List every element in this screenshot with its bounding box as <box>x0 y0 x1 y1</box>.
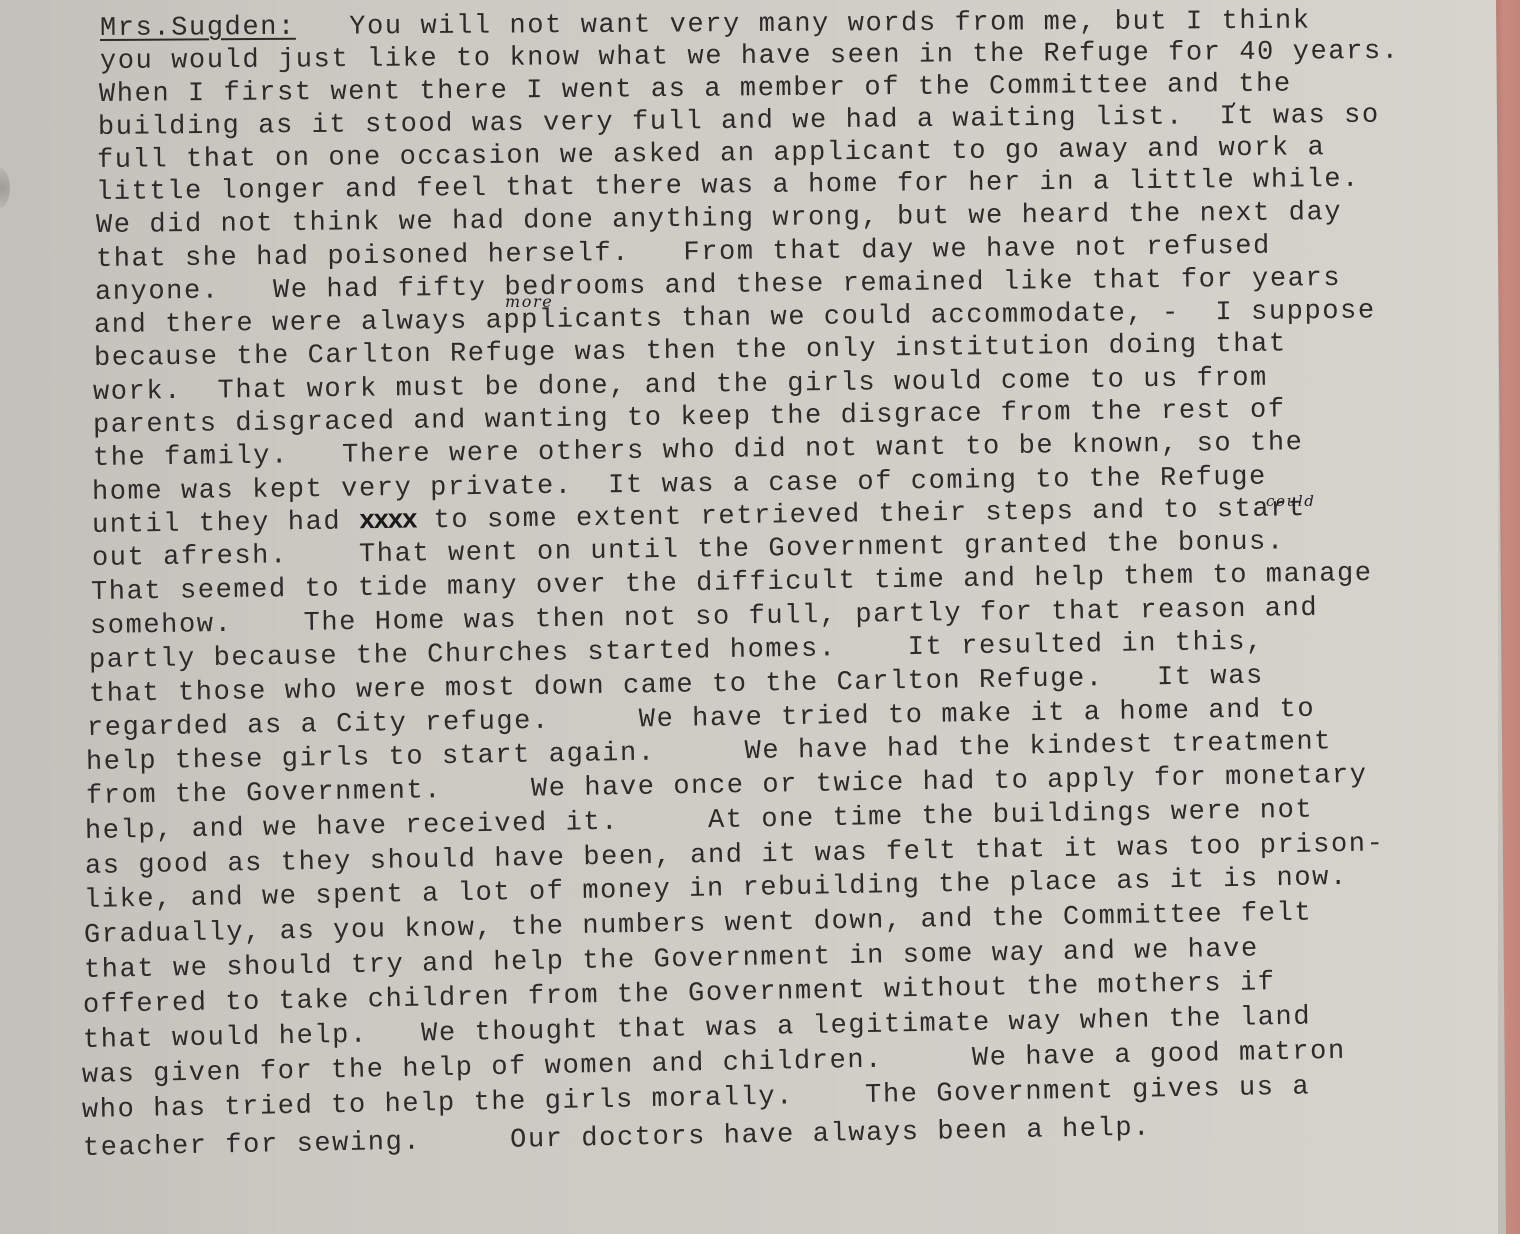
speaker-label: Mrs.Sugden: <box>100 13 296 44</box>
punch-hole <box>0 168 10 208</box>
handwritten-insert-more: more <box>505 292 553 311</box>
handwritten-comma: , <box>1230 86 1239 111</box>
struck-word: xxxx <box>359 506 416 537</box>
handwritten-insert-could: could <box>1266 492 1316 510</box>
